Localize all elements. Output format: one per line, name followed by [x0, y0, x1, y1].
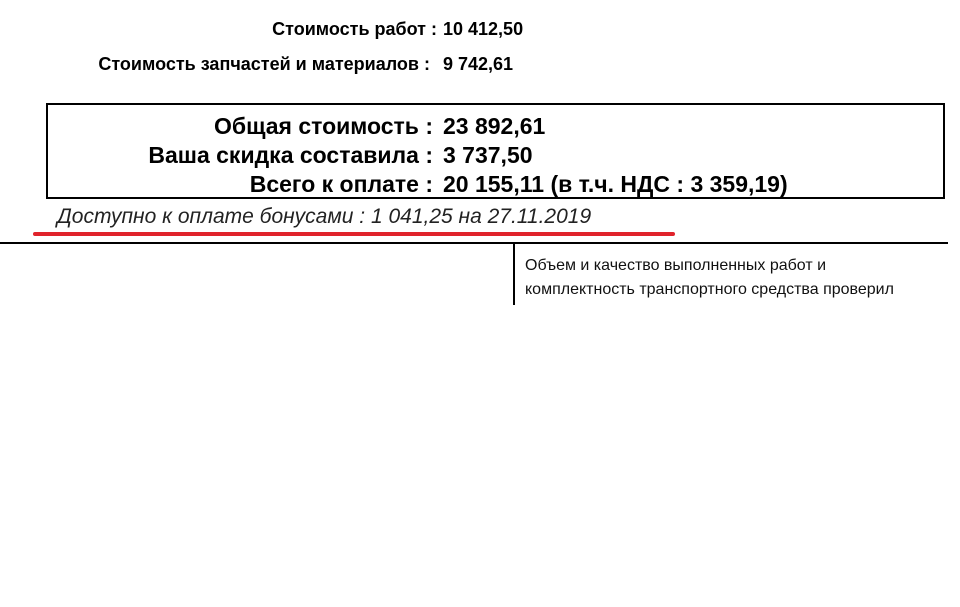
to-pay-value: 20 155,11 (в т.ч. НДС : 3 359,19)	[443, 171, 788, 198]
to-pay-label: Всего к оплате :	[250, 171, 433, 198]
discount-label: Ваша скидка составила :	[148, 142, 433, 169]
total-cost-label: Общая стоимость :	[214, 113, 433, 140]
inspection-note: Объем и качество выполненных работ и ком…	[525, 254, 894, 302]
discount-value: 3 737,50	[443, 142, 533, 169]
total-cost-value: 23 892,61	[443, 113, 545, 140]
work-cost-value: 10 412,50	[443, 19, 523, 40]
inspection-note-line1: Объем и качество выполненных работ и	[525, 254, 894, 278]
section-divider	[0, 242, 948, 244]
bonus-available-text: Доступно к оплате бонусами : 1 041,25 на…	[57, 205, 591, 229]
parts-cost-value: 9 742,61	[443, 54, 513, 75]
column-divider	[513, 243, 515, 305]
inspection-note-line2: комплектность транспортного средства про…	[525, 278, 894, 302]
bonus-underline	[33, 232, 675, 236]
parts-cost-label: Стоимость запчастей и материалов :	[98, 54, 430, 75]
work-cost-label: Стоимость работ :	[272, 19, 437, 40]
